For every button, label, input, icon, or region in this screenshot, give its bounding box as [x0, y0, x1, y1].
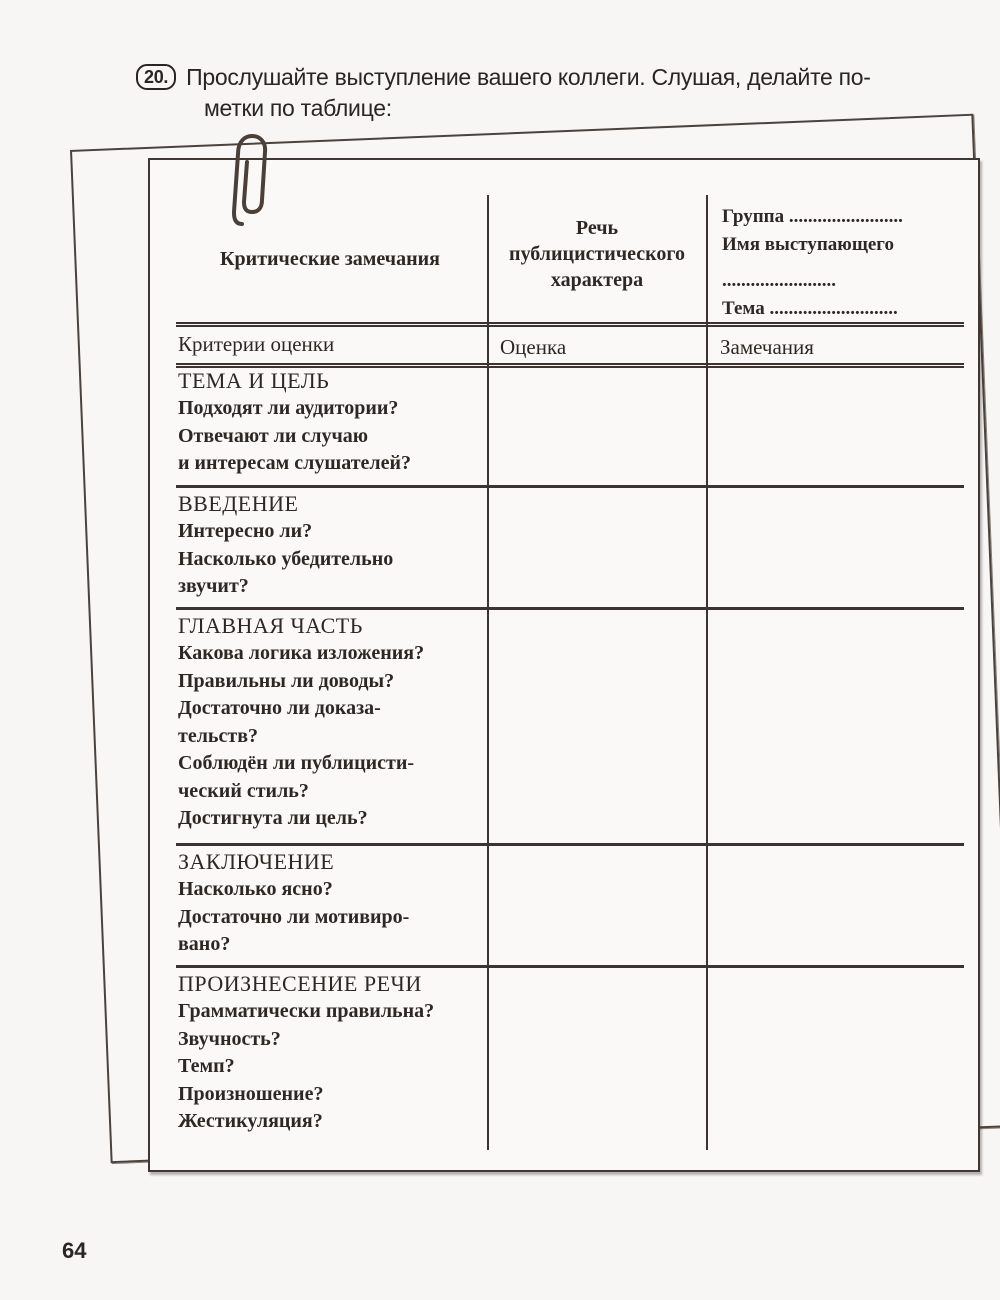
section-title: ПРОИЗНЕСЕНИЕ РЕЧИ [178, 970, 483, 998]
column-divider-1 [487, 195, 489, 1150]
section-title: ЗАКЛЮЧЕНИЕ [178, 848, 483, 876]
section-divider [176, 485, 964, 488]
textbook-page: 20.Прослушайте выступление вашего коллег… [0, 0, 1000, 1300]
group-field[interactable]: Группа ........................ [722, 203, 962, 231]
paperclip-icon [228, 132, 274, 232]
criterion-question: Отвечают ли случаю [178, 423, 483, 451]
score-cell[interactable] [490, 490, 705, 603]
topic-field[interactable]: Тема ........................... [722, 295, 962, 323]
remarks-cell[interactable] [709, 612, 964, 839]
header-speaker-info: Группа ........................ Имя выст… [722, 203, 962, 323]
section-divider [176, 843, 964, 846]
criterion-question: Темп? [178, 1053, 483, 1081]
header-speech-line-3: характера [492, 267, 702, 293]
criteria-section: ТЕМА И ЦЕЛЬПодходят ли аудитории?Отвечаю… [178, 367, 483, 478]
header-speech-line-2: публицистического [492, 241, 702, 267]
column-divider-2 [706, 195, 708, 1150]
criterion-question: Насколько ясно? [178, 876, 483, 904]
criterion-question: Какова логика изложения? [178, 640, 483, 668]
criterion-question: и интересам слушателей? [178, 450, 483, 478]
criteria-section: ГЛАВНАЯ ЧАСТЬКакова логика изложения?Пра… [178, 612, 483, 833]
criterion-question: звучит? [178, 573, 483, 601]
header-speech-line-1: Речь [492, 215, 702, 241]
section-divider [176, 965, 964, 968]
criterion-question: Жестикуляция? [178, 1108, 483, 1136]
criterion-question: Подходят ли аудитории? [178, 395, 483, 423]
criterion-question: Правильны ли доводы? [178, 668, 483, 696]
score-cell[interactable] [490, 612, 705, 839]
criterion-question: Достигнута ли цель? [178, 805, 483, 833]
section-title: ВВЕДЕНИЕ [178, 490, 483, 518]
remarks-cell[interactable] [709, 490, 964, 603]
score-cell[interactable] [490, 970, 705, 1146]
task-instruction: 20.Прослушайте выступление вашего коллег… [136, 62, 996, 124]
score-heading: Оценка [500, 334, 566, 361]
criteria-section: ЗАКЛЮЧЕНИЕНасколько ясно?Достаточно ли м… [178, 848, 483, 959]
section-title: ГЛАВНАЯ ЧАСТЬ [178, 612, 483, 640]
criterion-question: Достаточно ли мотивиро- [178, 904, 483, 932]
header-speech-type: Речь публицистического характера [492, 215, 702, 293]
section-title: ТЕМА И ЦЕЛЬ [178, 367, 483, 395]
remarks-cell[interactable] [709, 367, 964, 481]
remarks-heading: Замечания [720, 334, 814, 361]
criterion-question: Звучность? [178, 1026, 483, 1054]
criterion-question: вано? [178, 931, 483, 959]
criterion-question: Соблюдён ли публицисти- [178, 750, 483, 778]
criterion-question: Насколько убедительно [178, 546, 483, 574]
criterion-question: Достаточно ли доказа- [178, 695, 483, 723]
criterion-question: ческий стиль? [178, 778, 483, 806]
header-critical-remarks: Критические замечания [180, 246, 480, 272]
remarks-cell[interactable] [709, 848, 964, 961]
score-cell[interactable] [490, 367, 705, 481]
speaker-name-field[interactable]: ........................ [722, 267, 962, 295]
criterion-question: Произношение? [178, 1081, 483, 1109]
task-text-line-1: Прослушайте выступление вашего коллеги. … [186, 64, 871, 90]
criterion-question: тельств? [178, 723, 483, 751]
header-divider [176, 322, 964, 327]
score-cell[interactable] [490, 848, 705, 961]
criteria-section: ВВЕДЕНИЕИнтересно ли?Насколько убедитель… [178, 490, 483, 601]
remarks-cell[interactable] [709, 970, 964, 1146]
task-number-badge: 20. [136, 64, 176, 90]
speaker-name-label: Имя выступающего [722, 231, 962, 259]
criterion-question: Грамматически правильна? [178, 998, 483, 1026]
criteria-section: ПРОИЗНЕСЕНИЕ РЕЧИГрамматически правильна… [178, 970, 483, 1136]
task-text: Прослушайте выступление вашего коллеги. … [136, 64, 996, 124]
section-divider [176, 607, 964, 610]
page-number: 64 [62, 1238, 86, 1264]
criteria-heading: Критерии оценки [178, 331, 334, 358]
criterion-question: Интересно ли? [178, 518, 483, 546]
